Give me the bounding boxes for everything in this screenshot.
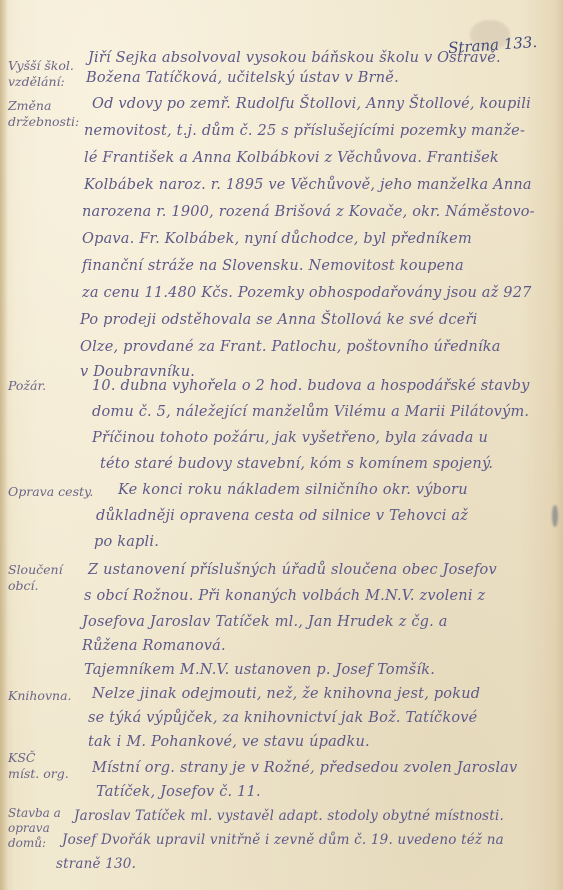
ink-mark bbox=[552, 505, 558, 527]
text-line: straně 130. bbox=[56, 856, 136, 872]
text-line: této staré budovy stavební, kóm s komíne… bbox=[100, 456, 493, 472]
chronicle-page: Strana 133. Vyšší škol. vzdělání: Jiří S… bbox=[0, 0, 563, 890]
text-line: za cenu 11.480 Kčs. Pozemky obhospodařov… bbox=[82, 285, 532, 301]
margin-label-ownership-change: Změna držebnosti: bbox=[8, 98, 88, 130]
text-line: Tatíček, Josefov č. 11. bbox=[96, 784, 261, 800]
text-line: tak i M. Pohankové, ve stavu úpadku. bbox=[88, 734, 370, 750]
margin-label-road-repair: Oprava cesty. bbox=[8, 484, 118, 500]
text-line: důkladněji opravena cesta od silnice v T… bbox=[96, 508, 468, 524]
text-line: Božena Tatíčková, učitelský ústav v Brně… bbox=[86, 70, 399, 86]
text-line: Jiří Sejka absolvoval vysokou báňskou šk… bbox=[88, 50, 501, 66]
text-line: lé František a Anna Kolbábkovi z Věchůvo… bbox=[84, 150, 499, 166]
text-line: Místní org. strany je v Rožné, předsedou… bbox=[92, 760, 517, 776]
text-line: Z ustanovení příslušných úřadů sloučena … bbox=[88, 562, 497, 578]
text-line: Tajemníkem M.N.V. ustanoven p. Josef Tom… bbox=[84, 662, 435, 678]
text-line: Josefova Jaroslav Tatíček ml., Jan Hrude… bbox=[82, 614, 448, 630]
margin-label-higher-education: Vyšší škol. vzdělání: bbox=[8, 58, 88, 90]
text-line: finanční stráže na Slovensku. Nemovitost… bbox=[82, 258, 464, 274]
margin-label-fire: Požár. bbox=[8, 378, 88, 394]
text-line: narozena r. 1900, rozená Brišová z Kovač… bbox=[82, 204, 535, 220]
text-line: Josef Dvořák upravil vnitřně i zevně dům… bbox=[62, 832, 504, 848]
text-line: domu č. 5, náležející manželům Vilému a … bbox=[92, 404, 529, 420]
text-line: Opava. Fr. Kolbábek, nyní důchodce, byl … bbox=[82, 231, 472, 247]
text-line: Růžena Romanová. bbox=[82, 638, 226, 654]
text-line: Ke konci roku nákladem silničního okr. v… bbox=[118, 482, 468, 498]
margin-label-municipal-merger: Sloučení obcí. bbox=[8, 562, 88, 594]
text-line: nemovitost, t.j. dům č. 25 s příslušejíc… bbox=[84, 123, 525, 139]
text-line: Příčinou tohoto požáru, jak vyšetřeno, b… bbox=[92, 430, 488, 446]
text-line: Olze, provdané za Frant. Patlochu, pošto… bbox=[80, 339, 501, 355]
text-line: 10. dubna vyhořela o 2 hod. budova a hos… bbox=[92, 378, 529, 394]
text-line: Nelze jinak odejmouti, než, že knihovna … bbox=[92, 686, 480, 702]
text-line: Kolbábek naroz. r. 1895 ve Věchůvově, je… bbox=[84, 177, 532, 193]
text-line: Od vdovy po zemř. Rudolfu Štollovi, Anny… bbox=[92, 96, 531, 112]
text-line: po kapli. bbox=[94, 534, 159, 550]
text-line: s obcí Rožnou. Při konaných volbách M.N.… bbox=[84, 588, 485, 604]
margin-label-party-org: KSČ míst. org. bbox=[8, 750, 88, 782]
text-line: Po prodeji odstěhovala se Anna Štollová … bbox=[80, 312, 477, 328]
text-line: Jaroslav Tatíček ml. vystavěl adapt. sto… bbox=[74, 808, 504, 824]
text-line: se týká výpůjček, za knihovnictví jak Bo… bbox=[88, 710, 477, 726]
margin-label-library: Knihovna. bbox=[8, 688, 88, 704]
